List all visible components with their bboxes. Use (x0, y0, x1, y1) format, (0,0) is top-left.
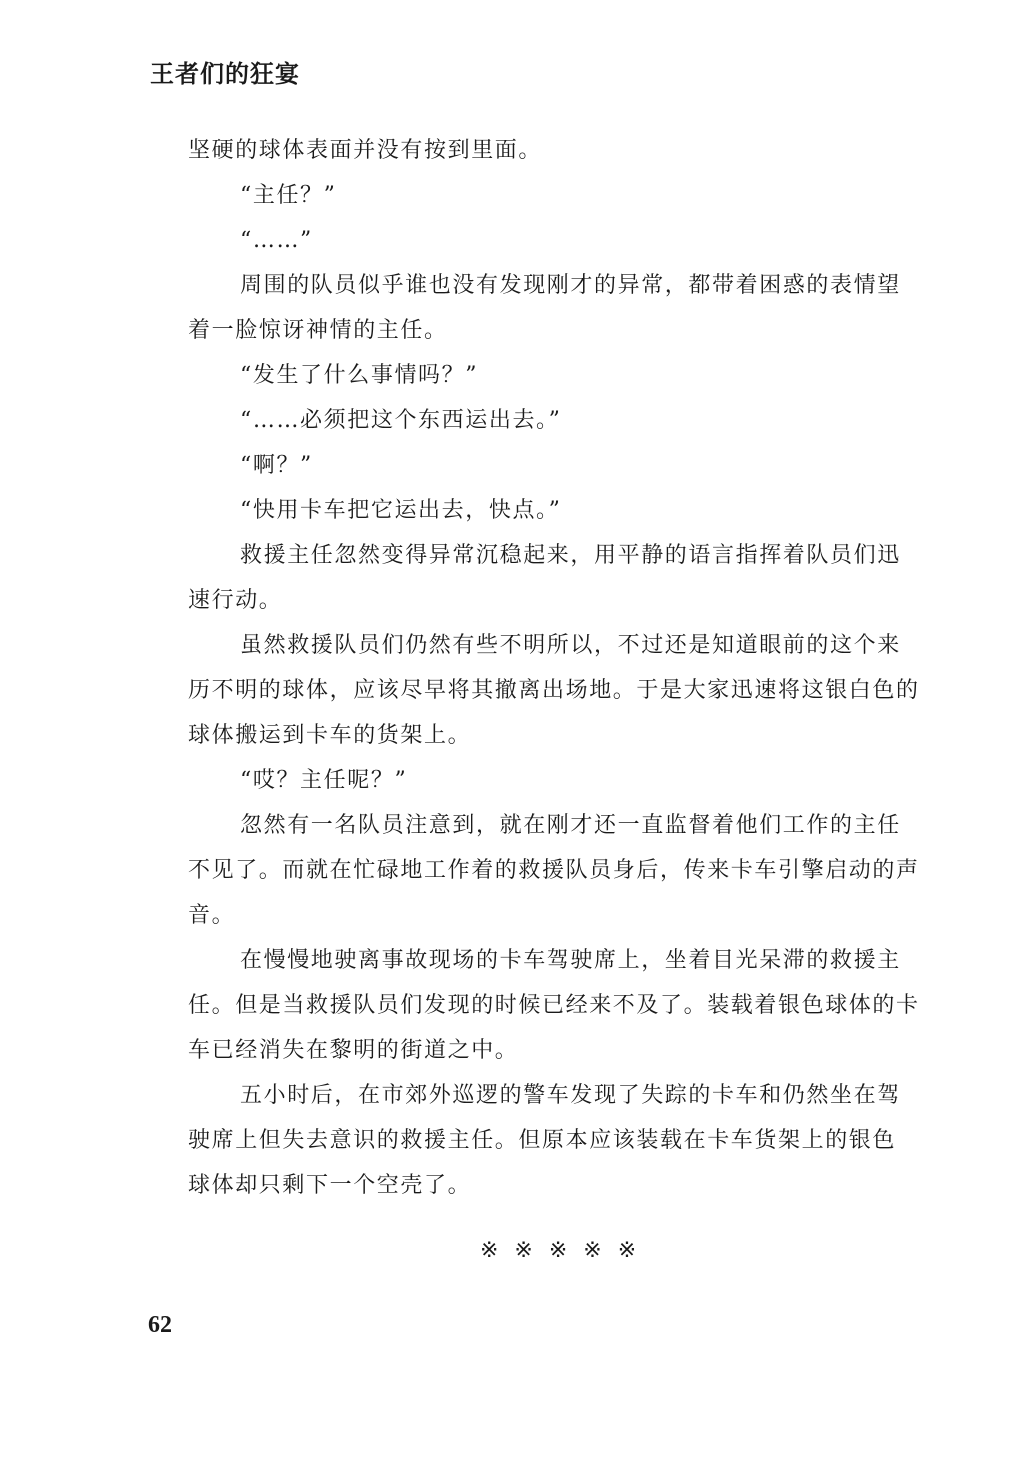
text-line: 音。 (188, 893, 904, 938)
running-header-book-title: 王者们的狂宴 (150, 54, 300, 89)
text-line: “……” (188, 218, 904, 263)
text-line: “主任？” (188, 173, 904, 218)
text-line: 任。但是当救援队员们发现的时候已经来不及了。装载着银色球体的卡 (188, 983, 904, 1028)
text-line: 速行动。 (188, 578, 904, 623)
text-line: 五小时后，在市郊外巡逻的警车发现了失踪的卡车和仍然坐在驾 (188, 1073, 904, 1118)
text-line: “……必须把这个东西运出去。” (188, 398, 904, 443)
section-separator: ※※※※※ (480, 1238, 652, 1263)
text-line: 忽然有一名队员注意到，就在刚才还一直监督着他们工作的主任 (188, 803, 904, 848)
text-line: 虽然救援队员们仍然有些不明所以，不过还是知道眼前的这个来 (188, 623, 904, 668)
page-number: 62 (148, 1312, 172, 1339)
text-line: “发生了什么事情吗？” (188, 353, 904, 398)
text-line: 车已经消失在黎明的街道之中。 (188, 1028, 904, 1073)
body-text: 坚硬的球体表面并没有按到里面。“主任？”“……”周围的队员似乎谁也没有发现刚才的… (188, 128, 904, 1208)
text-line: 球体却只剩下一个空壳了。 (188, 1163, 904, 1208)
text-line: 球体搬运到卡车的货架上。 (188, 713, 904, 758)
text-line: “哎？主任呢？” (188, 758, 904, 803)
text-line: 坚硬的球体表面并没有按到里面。 (188, 128, 904, 173)
text-line: 历不明的球体，应该尽早将其撤离出场地。于是大家迅速将这银白色的 (188, 668, 904, 713)
text-line: “快用卡车把它运出去，快点。” (188, 488, 904, 533)
text-line: 不见了。而就在忙碌地工作着的救援队员身后，传来卡车引擎启动的声 (188, 848, 904, 893)
text-line: 在慢慢地驶离事故现场的卡车驾驶席上，坐着目光呆滞的救援主 (188, 938, 904, 983)
text-line: 着一脸惊讶神情的主任。 (188, 308, 904, 353)
text-line: 救援主任忽然变得异常沉稳起来，用平静的语言指挥着队员们迅 (188, 533, 904, 578)
text-line: 周围的队员似乎谁也没有发现刚才的异常，都带着困惑的表情望 (188, 263, 904, 308)
text-line: “啊？” (188, 443, 904, 488)
text-line: 驶席上但失去意识的救援主任。但原本应该装载在卡车货架上的银色 (188, 1118, 904, 1163)
